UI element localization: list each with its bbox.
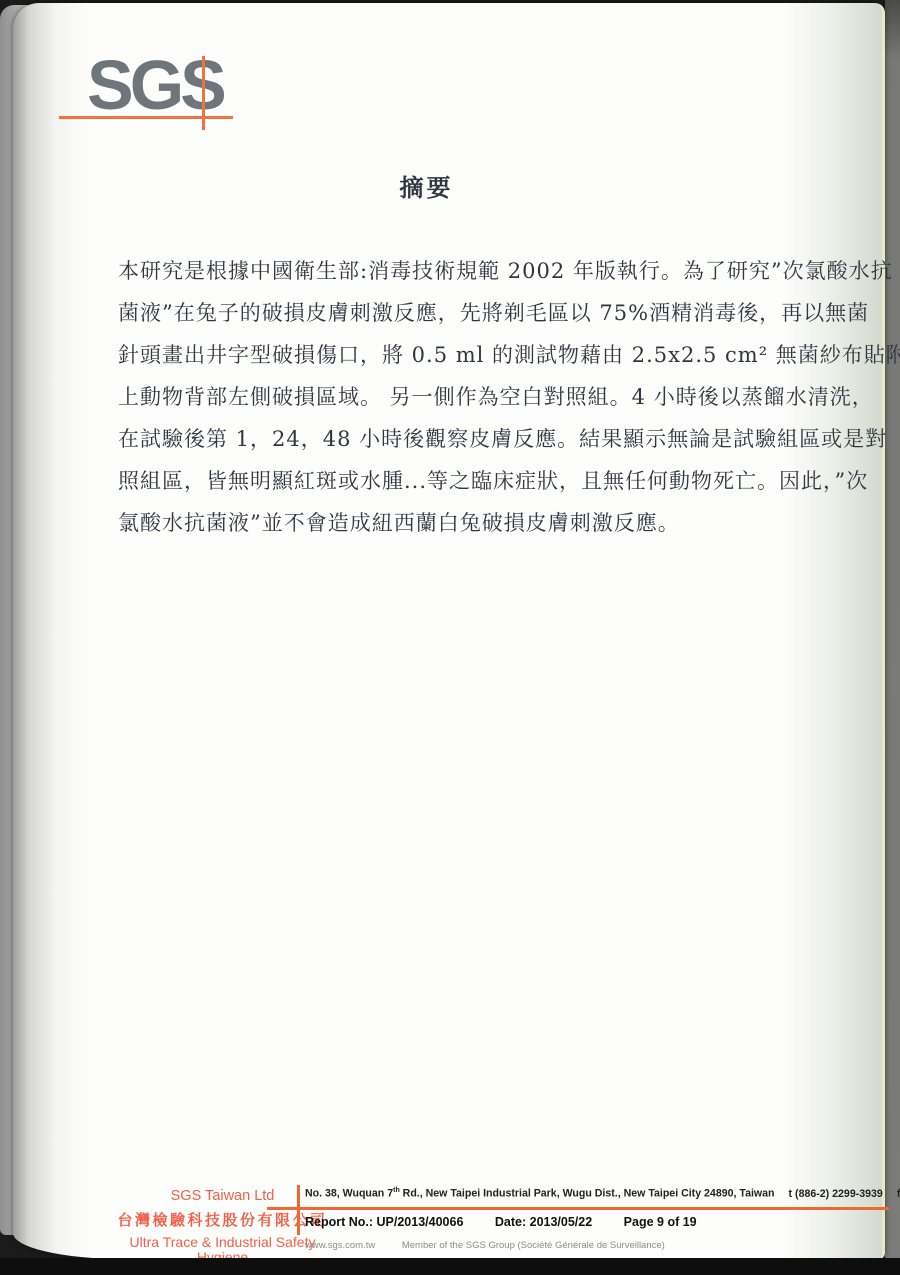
sgs-logo: SGS [87,53,223,117]
scanned-report-page: { "logo": { "text": "SGS" }, "title": "摘… [0,0,900,1275]
report-date: Date: 2013/05/22 [495,1215,592,1229]
report-page: SGS 摘要 本研究是根據中國衛生部:消毒技術規範 2002 年版執行。為了研究… [13,3,885,1259]
page-number: Page 9 of 19 [624,1215,697,1229]
paragraph-line: 氯酸水抗菌液”並不會造成紐西蘭白兔破損皮膚刺激反應。 [118,502,794,544]
scan-right-edge [885,0,900,1275]
abstract-paragraph: 本研究是根據中國衛生部:消毒技術規範 2002 年版執行。為了研究”次氯酸水抗 … [118,250,794,544]
footer-report-line: Report No.: UP/2013/40066 Date: 2013/05/… [305,1215,725,1229]
report-number: Report No.: UP/2013/40066 [305,1215,463,1229]
footer-vertical-rule [297,1185,300,1235]
footer-tel: t(886-2) 2299-3939 [789,1188,883,1200]
paragraph-line: 在試驗後第 1，24，48 小時後觀察皮膚反應。結果顯示無論是試驗組區或是對 [118,418,794,460]
footer-small-print: www.sgs.com.tw Member of the SGS Group (… [305,1240,665,1251]
scan-bottom-edge [0,1258,900,1275]
paragraph-line: 菌液”在兔子的破損皮膚刺激反應，先將剃毛區以 75%酒精消毒後，再以無菌 [118,292,794,334]
abstract-title: 摘要 [115,168,792,203]
sgs-logo-vertical-rule [202,56,205,130]
footer-address-line: No. 38, Wuquan 7th Rd., New Taipei Indus… [305,1187,890,1200]
paragraph-line: 照組區，皆無明顯紅斑或水腫...等之臨床症狀，且無任何動物死亡。因此，”次 [118,460,794,502]
paragraph-line: 本研究是根據中國衛生部:消毒技術規範 2002 年版執行。為了研究”次氯酸水抗 [118,250,794,292]
footer-website: www.sgs.com.tw [305,1240,375,1251]
paragraph-line: 針頭畫出井字型破損傷口，將 0.5 ml 的測試物藉由 2.5x2.5 cm² … [118,334,794,376]
footer-member-note: Member of the SGS Group (Société Général… [402,1240,665,1251]
footer-horizontal-rule [267,1207,889,1210]
paragraph-line: 上動物背部左側破損區域。 另一側作為空白對照組。4 小時後以蒸餾水清洗， [118,376,794,418]
sgs-logo-horizontal-rule [59,116,233,119]
